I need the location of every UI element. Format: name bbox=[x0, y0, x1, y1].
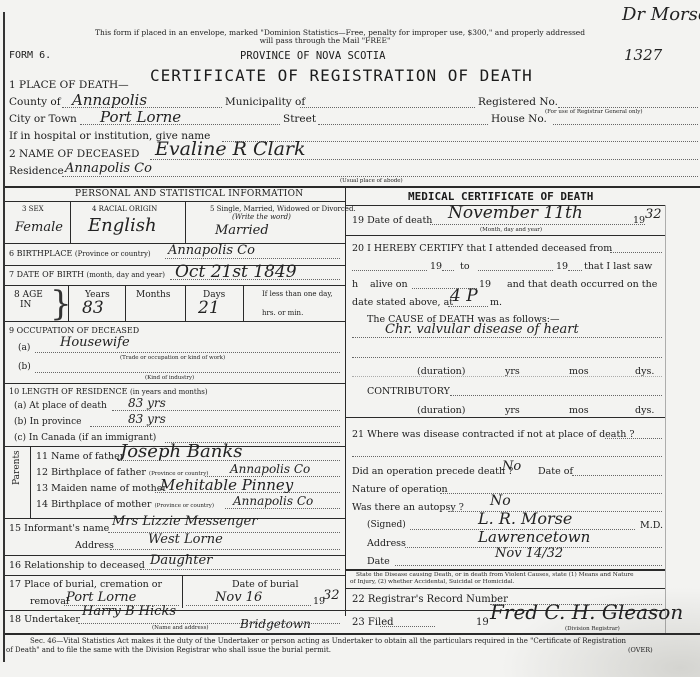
contracted-line-1 bbox=[605, 438, 662, 439]
date-signed-line bbox=[395, 565, 662, 566]
less-than-day-label: If less than one day, bbox=[262, 290, 333, 298]
contracted-line-2 bbox=[352, 456, 662, 457]
certify-h: h bbox=[352, 279, 358, 290]
age-divider-4 bbox=[243, 285, 244, 321]
months-label: Months bbox=[136, 290, 170, 300]
hrs-min-label: hrs. or min. bbox=[262, 309, 303, 317]
contributory-label: CONTRIBUTORY bbox=[367, 386, 450, 397]
cause-line-1 bbox=[352, 337, 662, 338]
occupation-a-label: (a) bbox=[18, 343, 30, 353]
marital-value[interactable]: Married bbox=[215, 223, 269, 238]
certify-alive: alive on bbox=[370, 279, 408, 290]
occupation-a-line bbox=[35, 352, 340, 353]
from-date-line bbox=[352, 270, 427, 271]
date-of-line bbox=[572, 475, 662, 476]
from-year-line bbox=[442, 270, 454, 271]
contributory-line bbox=[450, 395, 662, 396]
filed-line bbox=[380, 626, 435, 627]
certificate-title: CERTIFICATE OF REGISTRATION OF DEATH bbox=[150, 66, 533, 85]
house-no-label: House No. bbox=[491, 113, 547, 125]
county-value[interactable]: Annapolis bbox=[72, 91, 147, 109]
informant-address-value[interactable]: West Lorne bbox=[148, 532, 223, 547]
registered-no-note: (For use of Registrar General only) bbox=[545, 109, 643, 115]
municipality-line bbox=[300, 107, 475, 108]
burial-year-value[interactable]: 32 bbox=[323, 588, 340, 603]
certify-19b: 19 bbox=[556, 261, 568, 272]
registered-no-label: Registered No. bbox=[478, 96, 558, 108]
years-value[interactable]: 83 bbox=[82, 298, 104, 318]
relationship-label: 16 Relationship to deceased bbox=[9, 560, 145, 571]
divider-personal bbox=[5, 201, 345, 202]
cause-line-2 bbox=[352, 357, 662, 358]
time-suffix: m. bbox=[490, 297, 502, 308]
date-signed-value[interactable]: Nov 14/32 bbox=[495, 546, 563, 561]
undertaker-label: 18 Undertaker bbox=[9, 614, 80, 625]
certify-occurred: and that death occurred on the bbox=[507, 279, 657, 290]
state-note-line-1: State the Disease causing Death, or in d… bbox=[356, 572, 634, 578]
annotation-doctor: Dr Morse bbox=[622, 4, 700, 25]
doctor-address-value[interactable]: Lawrencetown bbox=[478, 528, 590, 546]
in-province-value[interactable]: 83 yrs bbox=[128, 412, 166, 426]
divider-main bbox=[5, 186, 700, 188]
race-value[interactable]: English bbox=[88, 215, 157, 236]
operation-value[interactable]: No bbox=[502, 459, 521, 474]
signed-value[interactable]: L. R. Morse bbox=[478, 509, 572, 528]
father-value[interactable]: Joseph Banks bbox=[120, 441, 242, 462]
to-date-line bbox=[478, 270, 553, 271]
certify-19a: 19 bbox=[430, 261, 442, 272]
occupation-label: 9 OCCUPATION OF DECEASED bbox=[9, 326, 139, 335]
informant-label: 15 Informant's name bbox=[9, 523, 109, 534]
mos-label-2: mos bbox=[569, 405, 589, 416]
residence-line bbox=[62, 176, 698, 177]
registered-no-line bbox=[558, 107, 698, 108]
marital-label: 5 Single, Married, Widowed or Divorced. bbox=[210, 205, 356, 213]
column-divider bbox=[345, 186, 346, 616]
divider-signature bbox=[345, 569, 665, 571]
city-label: City or Town bbox=[9, 113, 77, 125]
age-label: 8 AGE bbox=[14, 290, 43, 300]
duration-line-1 bbox=[352, 376, 662, 377]
to-year-line bbox=[568, 270, 582, 271]
days-value[interactable]: 21 bbox=[198, 298, 220, 318]
province-title: PROVINCE OF NOVA SCOTIA bbox=[240, 50, 385, 62]
medical-heading: MEDICAL CERTIFICATE OF DEATH bbox=[408, 190, 593, 203]
mother-value[interactable]: Mehitable Pinney bbox=[160, 476, 293, 494]
divider-footer bbox=[5, 633, 700, 635]
relationship-value[interactable]: Daughter bbox=[150, 553, 212, 568]
mother-birthplace-line bbox=[225, 508, 340, 509]
date-signed-label: Date bbox=[367, 556, 390, 567]
at-place-line bbox=[112, 410, 340, 411]
mother-label: 13 Maiden name of mother bbox=[36, 483, 167, 494]
form-number: FORM 6. bbox=[9, 50, 51, 61]
dob-value[interactable]: Oct 21st 1849 bbox=[175, 262, 297, 282]
occupation-b-line bbox=[35, 372, 340, 373]
death-certificate: This form if placed in an envelope, mark… bbox=[0, 0, 700, 677]
contracted-label: 21 Where was disease contracted if not a… bbox=[352, 429, 635, 440]
race-marital-divider bbox=[185, 201, 186, 243]
race-label: 4 RACIAL ORIGIN bbox=[92, 205, 157, 213]
divider-row-9 bbox=[5, 383, 345, 384]
city-value[interactable]: Port Lorne bbox=[100, 108, 181, 126]
informant-address-label: Address bbox=[75, 540, 114, 551]
informant-value[interactable]: Mrs Lizzie Messenger bbox=[112, 514, 257, 529]
in-province-label: (b) In province bbox=[14, 417, 81, 427]
age-divider-3 bbox=[185, 285, 186, 321]
time-line bbox=[448, 306, 488, 307]
left-border bbox=[3, 12, 5, 662]
over-note: (OVER) bbox=[628, 646, 653, 654]
yrs-label-2: yrs bbox=[505, 405, 520, 416]
signed-label: (Signed) bbox=[367, 520, 406, 530]
burial-date-line bbox=[186, 605, 311, 606]
date-of-death-label: 19 Date of death bbox=[352, 215, 432, 226]
date-of-death-line bbox=[430, 224, 645, 225]
death-year-prefix: 19 bbox=[633, 215, 645, 226]
place-of-death-heading: 1 PLACE OF DEATH— bbox=[9, 79, 129, 91]
parents-divider bbox=[30, 446, 31, 518]
informant-address-line bbox=[110, 549, 340, 550]
sec46-line-2: of Death" and to file the same with the … bbox=[6, 646, 331, 654]
marital-note: (Write the word) bbox=[232, 213, 291, 221]
date-of-death-note: (Month, day and year) bbox=[480, 227, 542, 233]
dob-label: 7 DATE OF BIRTH (month, day and year) bbox=[9, 270, 165, 279]
mother-birthplace-value[interactable]: Annapolis Co bbox=[233, 494, 313, 508]
duration-label-2: (duration) bbox=[417, 405, 466, 416]
father-label: 11 Name of father bbox=[36, 451, 124, 462]
occupation-a-value[interactable]: Housewife bbox=[60, 335, 130, 350]
md-label: M.D. bbox=[640, 520, 663, 531]
attended-from-line bbox=[610, 252, 662, 253]
divider-row-19 bbox=[345, 235, 665, 236]
birthplace-label: 6 BIRTHPLACE (Province or country) bbox=[9, 249, 151, 258]
house-no-line bbox=[553, 124, 698, 125]
divider-state-note bbox=[345, 588, 665, 589]
nature-line bbox=[440, 493, 662, 494]
certify-to: to bbox=[460, 261, 470, 272]
divider-row-16 bbox=[5, 575, 345, 576]
death-year-value[interactable]: 32 bbox=[645, 207, 662, 222]
burial-date-value[interactable]: Nov 16 bbox=[215, 590, 262, 605]
burial-place-label: 17 Place of burial, cremation or bbox=[9, 579, 162, 590]
doctor-address-label: Address bbox=[367, 538, 406, 549]
sec46-line-1: Sec. 46—Vital Statistics Act makes it th… bbox=[30, 637, 626, 645]
date-of-death-value[interactable]: November 11th bbox=[448, 203, 583, 223]
certify-last-saw: that I last saw bbox=[584, 261, 652, 272]
occupation-b-label: (b) bbox=[18, 362, 31, 372]
father-birthplace-value[interactable]: Annapolis Co bbox=[230, 462, 310, 476]
relationship-line bbox=[140, 569, 340, 570]
residence-note: (Usual place of abode) bbox=[340, 178, 403, 184]
operation-label: Did an operation precede death ? bbox=[352, 466, 513, 477]
certify-19c: 19 bbox=[479, 279, 491, 290]
date-of-label: Date of bbox=[538, 466, 573, 477]
burial-place-value[interactable]: Port Lorne bbox=[66, 590, 136, 605]
burial-divider bbox=[182, 575, 183, 608]
occupation-a-note: (Trade or occupation or kind of work) bbox=[120, 355, 225, 361]
street-line bbox=[318, 124, 488, 125]
registrar-signature[interactable]: Fred C. H. Gleason bbox=[490, 600, 683, 624]
residence-length-label: 10 LENGTH OF RESIDENCE (in years and mon… bbox=[9, 387, 208, 396]
sex-value[interactable]: Female bbox=[15, 220, 63, 235]
certify-line-1: 20 I HEREBY CERTIFY that I attended dece… bbox=[352, 243, 612, 254]
state-note-line-2: of Injury, (2) whether Accidental, Suici… bbox=[350, 579, 515, 585]
filed-prefix: 19 bbox=[476, 617, 489, 628]
record-number-label: 22 Registrar's Record Number bbox=[352, 594, 508, 605]
residence-label: Residence bbox=[9, 165, 64, 177]
mail-notice: This form if placed in an envelope, mark… bbox=[95, 29, 555, 46]
birthplace-line bbox=[165, 258, 340, 259]
notice-line-2: will pass through the Mail "FREE" bbox=[95, 37, 555, 45]
age-in: IN bbox=[20, 300, 31, 310]
age-divider-2 bbox=[125, 285, 126, 321]
undertaker-note: (Name and address) bbox=[152, 625, 209, 631]
sex-label: 3 SEX bbox=[22, 205, 44, 213]
at-place-value[interactable]: 83 yrs bbox=[128, 396, 166, 410]
undertaker-address-value[interactable]: Bridgetown bbox=[240, 617, 311, 631]
street-label: Street bbox=[283, 113, 316, 125]
informant-line bbox=[108, 532, 340, 533]
burial-date-label: Date of burial bbox=[232, 579, 298, 590]
mother-birthplace-label: 14 Birthplace of mother (Province or cou… bbox=[36, 499, 214, 510]
cause-value[interactable]: Chr. valvular disease of heart bbox=[385, 322, 579, 337]
deceased-name-value[interactable]: Evaline R Clark bbox=[155, 138, 306, 160]
registrar-note: (Division Registrar) bbox=[565, 626, 620, 632]
annotation-number: 1327 bbox=[624, 46, 662, 64]
residence-value[interactable]: Annapolis Co bbox=[65, 161, 152, 176]
dys-label-2: dys. bbox=[635, 405, 654, 416]
divider-cause bbox=[345, 417, 665, 418]
right-edge bbox=[665, 205, 666, 633]
deceased-name-label: 2 NAME OF DECEASED bbox=[9, 148, 139, 160]
age-divider-1 bbox=[68, 285, 69, 321]
county-label: County of bbox=[9, 96, 61, 108]
nature-label: Nature of operation bbox=[352, 484, 448, 495]
birthplace-value[interactable]: Annapolis Co bbox=[168, 243, 255, 258]
municipality-label: Municipality of bbox=[225, 96, 305, 108]
autopsy-value[interactable]: No bbox=[490, 493, 511, 509]
divider-row-8 bbox=[5, 321, 345, 322]
sex-race-divider bbox=[70, 201, 71, 243]
at-place-label: (a) At place of death bbox=[14, 401, 107, 411]
time-value[interactable]: 4 P bbox=[450, 286, 478, 306]
parents-side-label: Parents bbox=[12, 450, 22, 485]
personal-heading: PERSONAL AND STATISTICAL INFORMATION bbox=[75, 189, 303, 199]
in-province-line bbox=[90, 426, 340, 427]
undertaker-value[interactable]: Harry B Hicks bbox=[82, 604, 176, 619]
occupation-b-note: (Kind of industry) bbox=[145, 375, 194, 381]
certify-date-stated: date stated above, at bbox=[352, 297, 453, 308]
